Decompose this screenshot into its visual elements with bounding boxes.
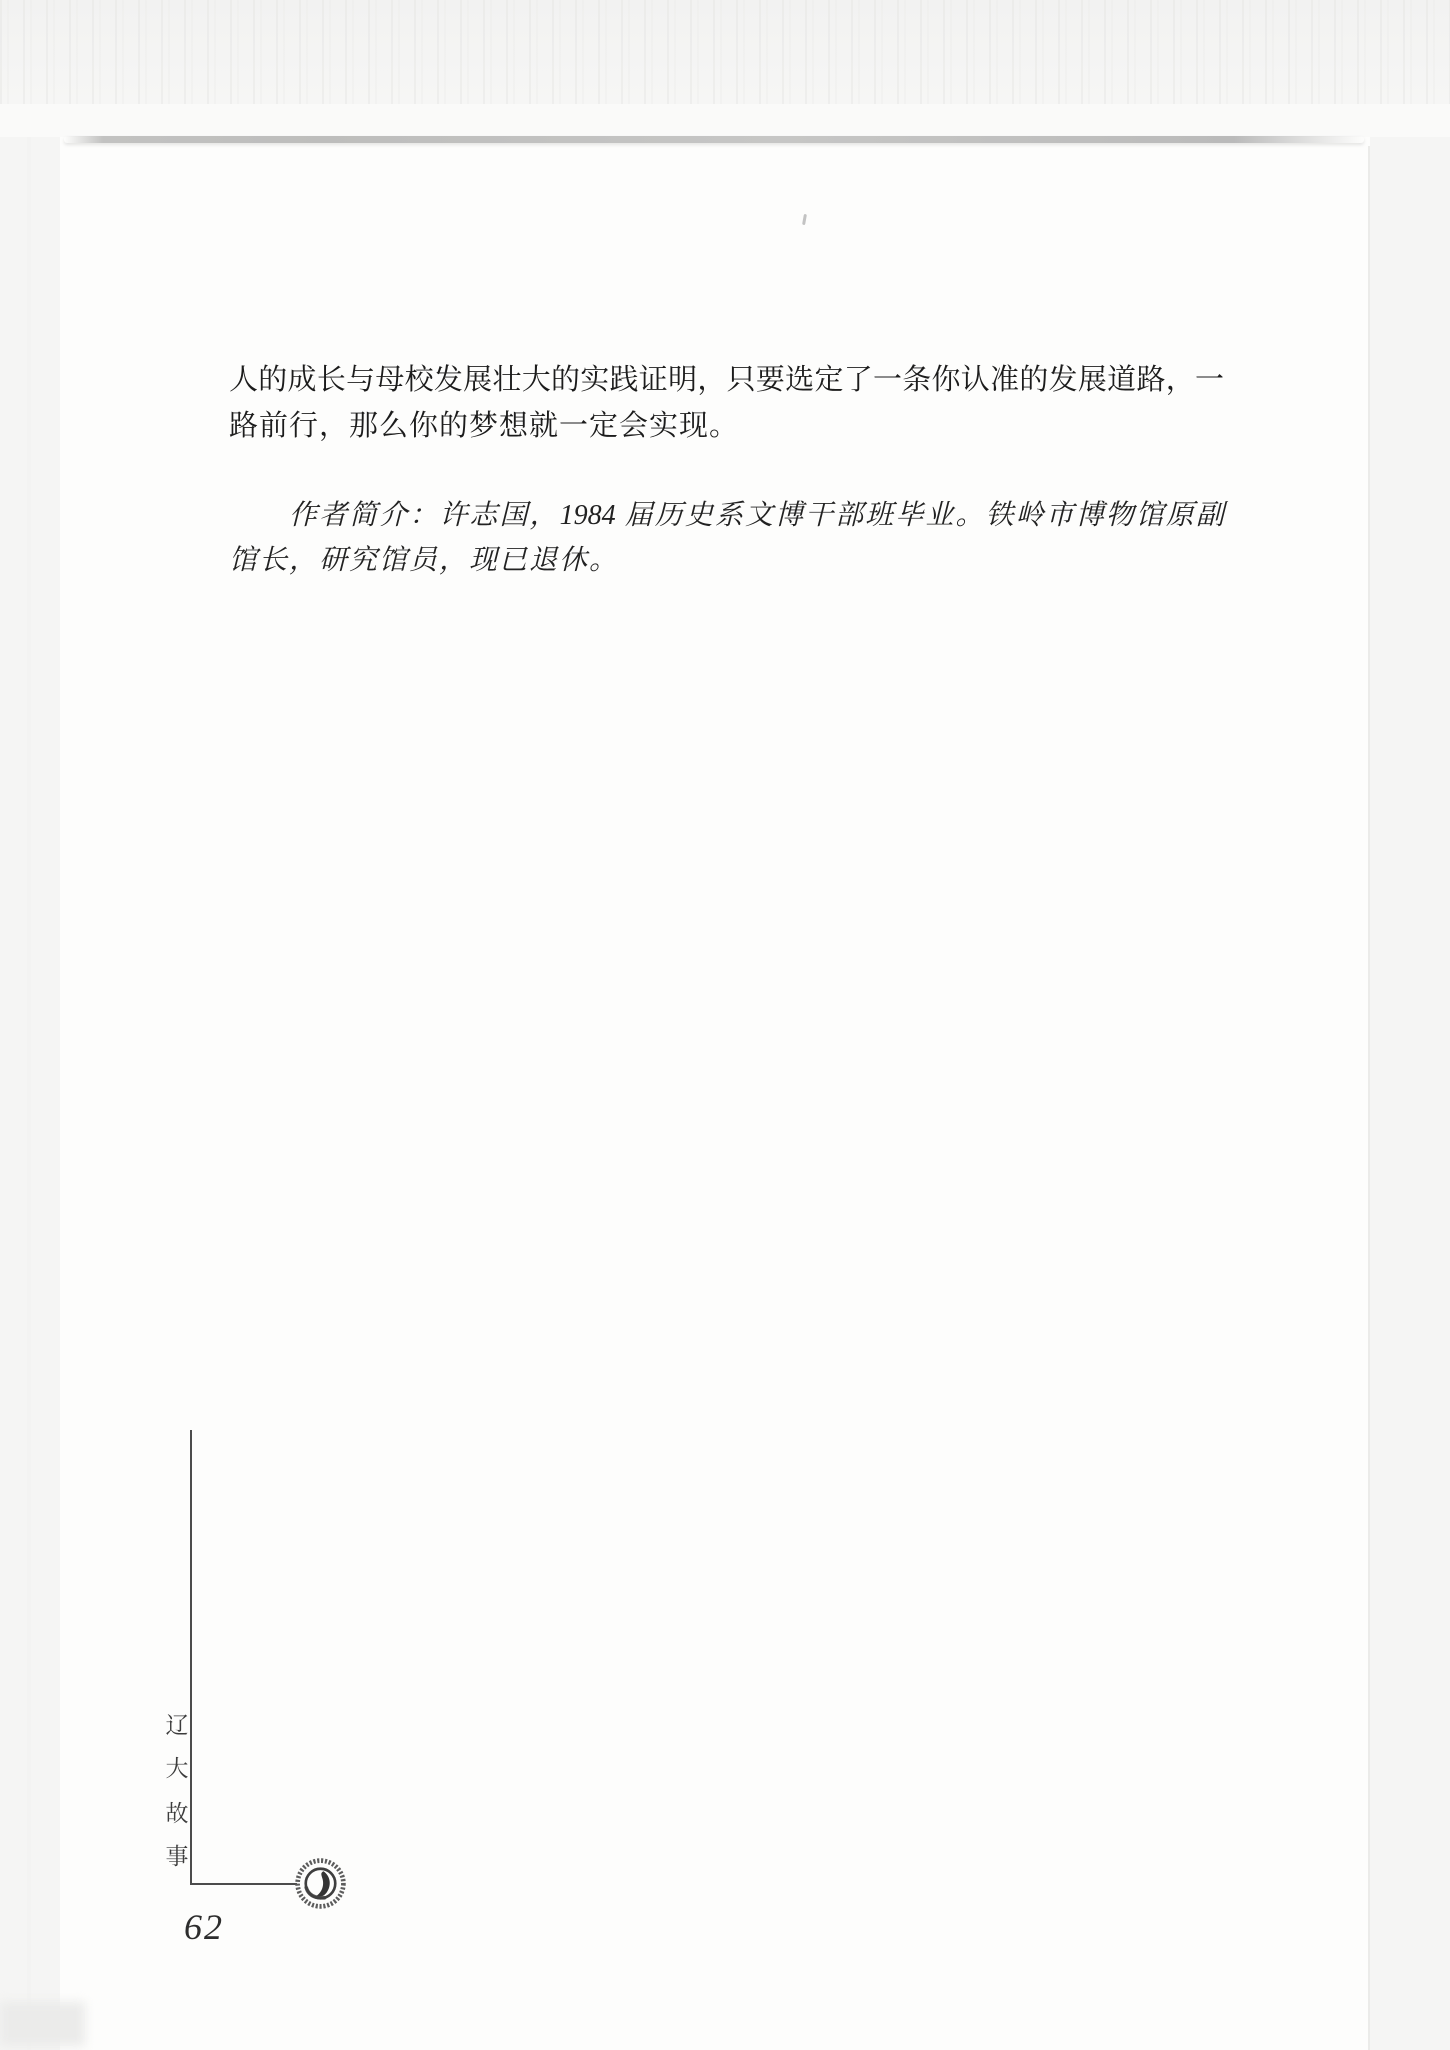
scan-smudge: [0, 2002, 85, 2046]
scan-streak: [27, 137, 31, 2050]
scan-noise-band: [0, 0, 1450, 104]
page-number: 62: [184, 1906, 224, 1948]
scan-noise-band-light: [0, 104, 1450, 137]
page-right-edge: [1368, 146, 1370, 2050]
sidebar-rule-vertical: [190, 1430, 192, 1884]
sidebar-label-char-2: 大: [164, 1757, 190, 1780]
circular-seal-stamp-icon: [292, 1855, 349, 1912]
page-top-edge-shadow: [64, 136, 1364, 143]
sidebar-label-char-3: 故: [164, 1802, 190, 1825]
sidebar-label-char-1: 辽: [164, 1714, 190, 1737]
author-note-line-1: 作者简介：许志国，1984 届历史系文博干部班毕业。铁岭市博物馆原副: [289, 499, 1224, 533]
sidebar-rule-horizontal: [190, 1883, 297, 1885]
sidebar-label-char-4: 事: [164, 1845, 190, 1868]
author-note-line-2: 馆长，研究馆员，现已退休。: [229, 544, 619, 578]
body-text-line-1: 人的成长与母校发展壮大的实践证明，只要选定了一条你认准的发展道路，一: [229, 363, 1224, 398]
body-text-line-2: 路前行，那么你的梦想就一定会实现。: [229, 409, 739, 444]
